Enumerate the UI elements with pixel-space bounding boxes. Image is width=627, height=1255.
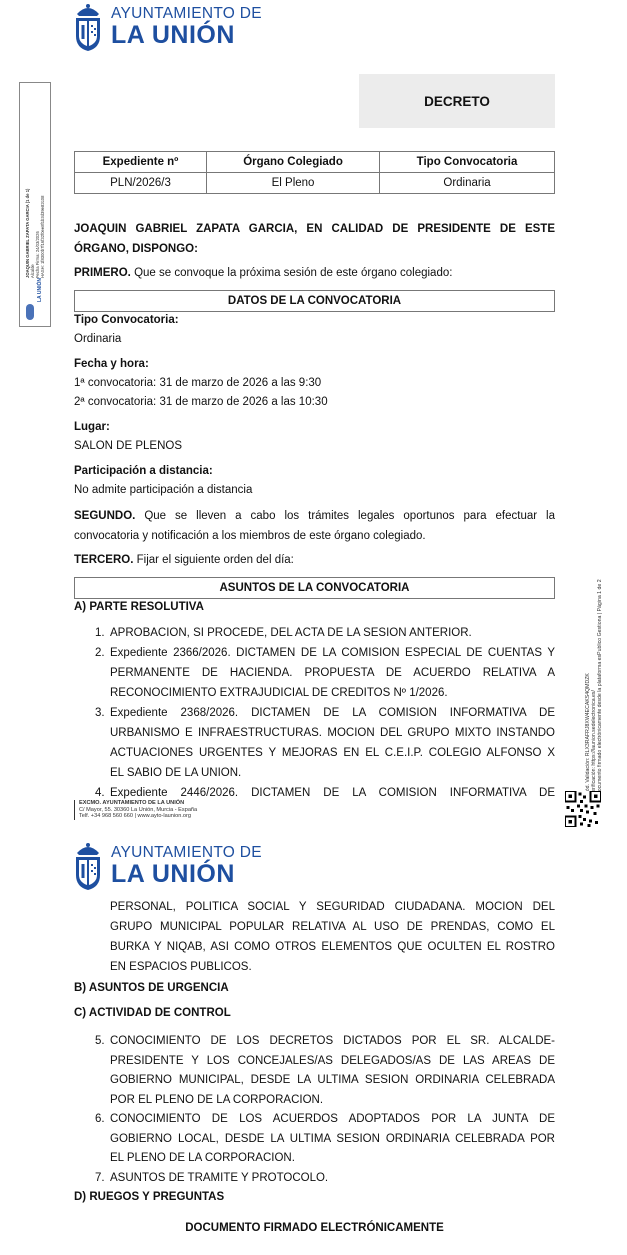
segundo-paragraph: SEGUNDO. Que se lleven a cabo los trámit… (74, 506, 555, 546)
distancia-label: Participación a distancia: (74, 462, 555, 481)
section-c-heading: C) ACTIVIDAD DE CONTROL (74, 1003, 555, 1023)
agenda-list-page2-continued: PERSONAL, POLITICA SOCIAL Y SEGURIDAD CI… (74, 897, 555, 977)
list-item: 3. Expediente 2368/2026. DICTAMEN DE LA … (74, 703, 555, 783)
lugar-label: Lugar: (74, 418, 555, 437)
lugar-value: SALON DE PLENOS (74, 437, 555, 456)
footer-address: EXCMO. AYUNTAMIENTO DE LA UNIÓN C/ Mayor… (74, 800, 197, 820)
cell-tipo: Ordinaria (380, 173, 555, 194)
list-item: 5. CONOCIMIENTO DE LOS DECRETOS DICTADOS… (74, 1032, 555, 1110)
section-b-heading: B) ASUNTOS DE URGENCIA (74, 978, 555, 998)
list-item-continued: PERSONAL, POLITICA SOCIAL Y SEGURIDAD CI… (74, 897, 555, 977)
mini-crest-icon (26, 304, 34, 320)
coat-of-arms-icon (73, 2, 103, 52)
ayuntamiento-logo: AYUNTAMIENTO DE LA UNIÓN (73, 1, 262, 53)
tipo-label: Tipo Convocatoria: (74, 311, 555, 330)
tercero-paragraph: TERCERO. Fijar el siguiente orden del dí… (74, 550, 555, 570)
primero-paragraph: PRIMERO. Que se convoque la próxima sesi… (74, 263, 555, 283)
section-d-heading: D) RUEGOS Y PREGUNTAS (74, 1187, 555, 1207)
mini-logo-text: LA UNIÓN (38, 278, 43, 302)
section-a-heading: A) PARTE RESOLUTIVA (74, 597, 555, 617)
ayuntamiento-logo-page2: AYUNTAMIENTO DE LA UNIÓN (73, 840, 262, 892)
fecha-segunda: 2ª convocatoria: 31 de marzo de 2026 a l… (74, 393, 555, 412)
signed-electronically-notice: DOCUMENTO FIRMADO ELECTRÓNICAMENTE (74, 1218, 555, 1238)
cell-expediente: PLN/2026/3 (75, 173, 207, 194)
col-header-tipo: Tipo Convocatoria (380, 152, 555, 173)
table-row: PLN/2026/3 El Pleno Ordinaria (75, 173, 555, 194)
col-header-expediente: Expediente nº (75, 152, 207, 173)
list-item: 1.APROBACION, SI PROCEDE, DEL ACTA DE LA… (74, 623, 555, 643)
sign-hash: HASH: 1f8300b7f16f32f0ee8f1b3d39e82c08 (40, 189, 45, 278)
distancia-value: No admite participación a distancia (74, 481, 555, 500)
logo-line1: AYUNTAMIENTO DE (111, 845, 262, 861)
agenda-list-page1: 1.APROBACION, SI PROCEDE, DEL ACTA DE LA… (74, 623, 555, 803)
signature-strip: LA UNIÓN JOAQUIN GABRIEL ZAPATA GARCIA (… (19, 82, 51, 327)
logo-line1: AYUNTAMIENTO DE (111, 6, 262, 22)
cell-organo: El Pleno (207, 173, 380, 194)
qr-code-icon (565, 791, 601, 827)
logo-line2: LA UNIÓN (111, 23, 262, 48)
tipo-value: Ordinaria (74, 330, 555, 349)
fecha-label: Fecha y hora: (74, 355, 555, 374)
col-header-organo: Órgano Colegiado (207, 152, 380, 173)
agenda-list-control: 5. CONOCIMIENTO DE LOS DECRETOS DICTADOS… (74, 1032, 555, 1188)
document-type-badge: DECRETO (359, 74, 555, 128)
verification-text: Cód. Validación: RLX3RAFRJ8XW4ECAKS4QMDZ… (585, 520, 615, 795)
datos-section: Tipo Convocatoria: Ordinaria Fecha y hor… (74, 311, 555, 500)
expediente-table: Expediente nº Órgano Colegiado Tipo Conv… (74, 151, 555, 194)
list-item: 2. Expediente 2366/2026. DICTAMEN DE LA … (74, 643, 555, 703)
intro-paragraph: JOAQUIN GABRIEL ZAPATA GARCIA, EN CALIDA… (74, 219, 555, 259)
datos-header: DATOS DE LA CONVOCATORIA (74, 290, 555, 312)
list-item: 6. CONOCIMIENTO DE LOS ACUERDOS ADOPTADO… (74, 1110, 555, 1169)
coat-of-arms-icon (73, 841, 103, 891)
list-item: 7.ASUNTOS DE TRAMITE Y PROTOCOLO. (74, 1169, 555, 1189)
asuntos-header: ASUNTOS DE LA CONVOCATORIA (74, 577, 555, 599)
logo-line2: LA UNIÓN (111, 862, 262, 887)
fecha-primera: 1ª convocatoria: 31 de marzo de 2026 a l… (74, 374, 555, 393)
